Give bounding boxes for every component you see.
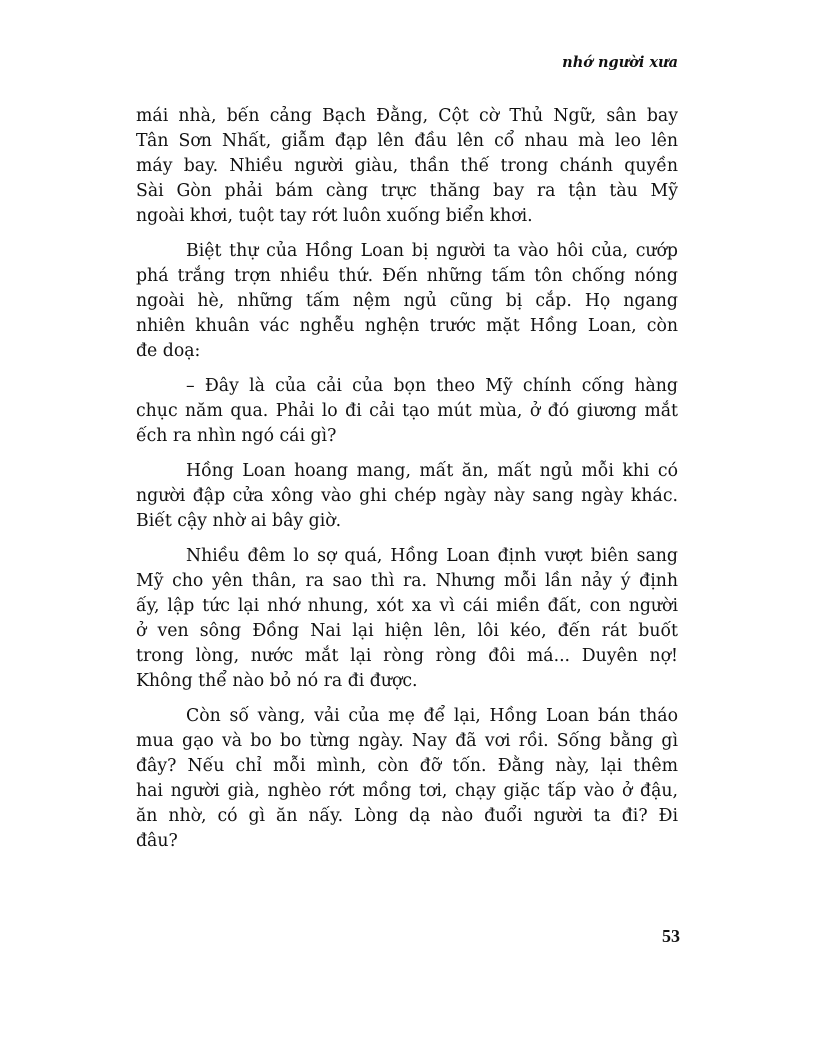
text-line: mua gạo và bo bo từng ngày. Nay đã vơi r… (136, 729, 678, 754)
paragraph-3-dialogue: – Đây là của cải của bọn theo Mỹ chính c… (136, 374, 678, 449)
paragraph-2: Biệt thự của Hồng Loan bị người ta vào h… (136, 239, 678, 364)
text-line: Biệt thự của Hồng Loan bị người ta vào h… (136, 239, 678, 264)
text-line: chục năm qua. Phải lo đi cải tạo mút mùa… (136, 399, 678, 424)
paragraph-4: Hồng Loan hoang mang, mất ăn, mất ngủ mỗ… (136, 459, 678, 534)
text-line: đâu? (136, 829, 678, 854)
text-line: Sài Gòn phải bám càng trực thăng bay ra … (136, 179, 678, 204)
text-line: đây? Nếu chỉ mỗi mình, còn đỡ tốn. Đằng … (136, 754, 678, 779)
text-line: Biết cậy nhờ ai bây giờ. (136, 509, 678, 534)
text-line: – Đây là của cải của bọn theo Mỹ chính c… (136, 374, 678, 399)
text-line: nhiên khuân vác nghễu nghện trước mặt Hồ… (136, 314, 678, 339)
text-line: Tân Sơn Nhất, giẫm đạp lên đầu lên cổ nh… (136, 129, 678, 154)
body-text: mái nhà, bến cảng Bạch Đằng, Cột cờ Thủ … (136, 104, 678, 864)
text-line: Hồng Loan hoang mang, mất ăn, mất ngủ mỗ… (136, 459, 678, 484)
text-line: máy bay. Nhiều người giàu, thần thế tron… (136, 154, 678, 179)
text-line: ở ven sông Đồng Nai lại hiện lên, lôi ké… (136, 619, 678, 644)
text-line: Còn số vàng, vải của mẹ để lại, Hồng Loa… (136, 704, 678, 729)
text-line: hai người già, nghèo rớt mồng tơi, chạy … (136, 779, 678, 804)
text-line: mái nhà, bến cảng Bạch Đằng, Cột cờ Thủ … (136, 104, 678, 129)
text-line: ấy, lập tức lại nhớ nhung, xót xa vì cái… (136, 594, 678, 619)
book-page: nhớ người xưa mái nhà, bến cảng Bạch Đằn… (0, 0, 816, 1056)
text-line: trong lòng, nước mắt lại ròng ròng đôi m… (136, 644, 678, 669)
page-number: 53 (640, 926, 680, 947)
text-line: ngoài khơi, tuột tay rớt luôn xuống biển… (136, 204, 678, 229)
text-line: ăn nhờ, có gì ăn nấy. Lòng dạ nào đuổi n… (136, 804, 678, 829)
text-line: Mỹ cho yên thân, ra sao thì ra. Nhưng mỗ… (136, 569, 678, 594)
paragraph-5: Nhiều đêm lo sợ quá, Hồng Loan định vượt… (136, 544, 678, 694)
text-line: Nhiều đêm lo sợ quá, Hồng Loan định vượt… (136, 544, 678, 569)
text-line: ngoài hè, những tấm nệm ngủ cũng bị cắp.… (136, 289, 678, 314)
paragraph-6: Còn số vàng, vải của mẹ để lại, Hồng Loa… (136, 704, 678, 854)
text-line: đe doạ: (136, 339, 678, 364)
text-line: người đập cửa xông vào ghi chép ngày này… (136, 484, 678, 509)
text-line: ếch ra nhìn ngó cái gì? (136, 424, 678, 449)
text-line: phá trắng trợn nhiều thứ. Đến những tấm … (136, 264, 678, 289)
paragraph-1: mái nhà, bến cảng Bạch Đằng, Cột cờ Thủ … (136, 104, 678, 229)
running-header: nhớ người xưa (540, 54, 678, 71)
text-line: Không thể nào bỏ nó ra đi được. (136, 669, 678, 694)
